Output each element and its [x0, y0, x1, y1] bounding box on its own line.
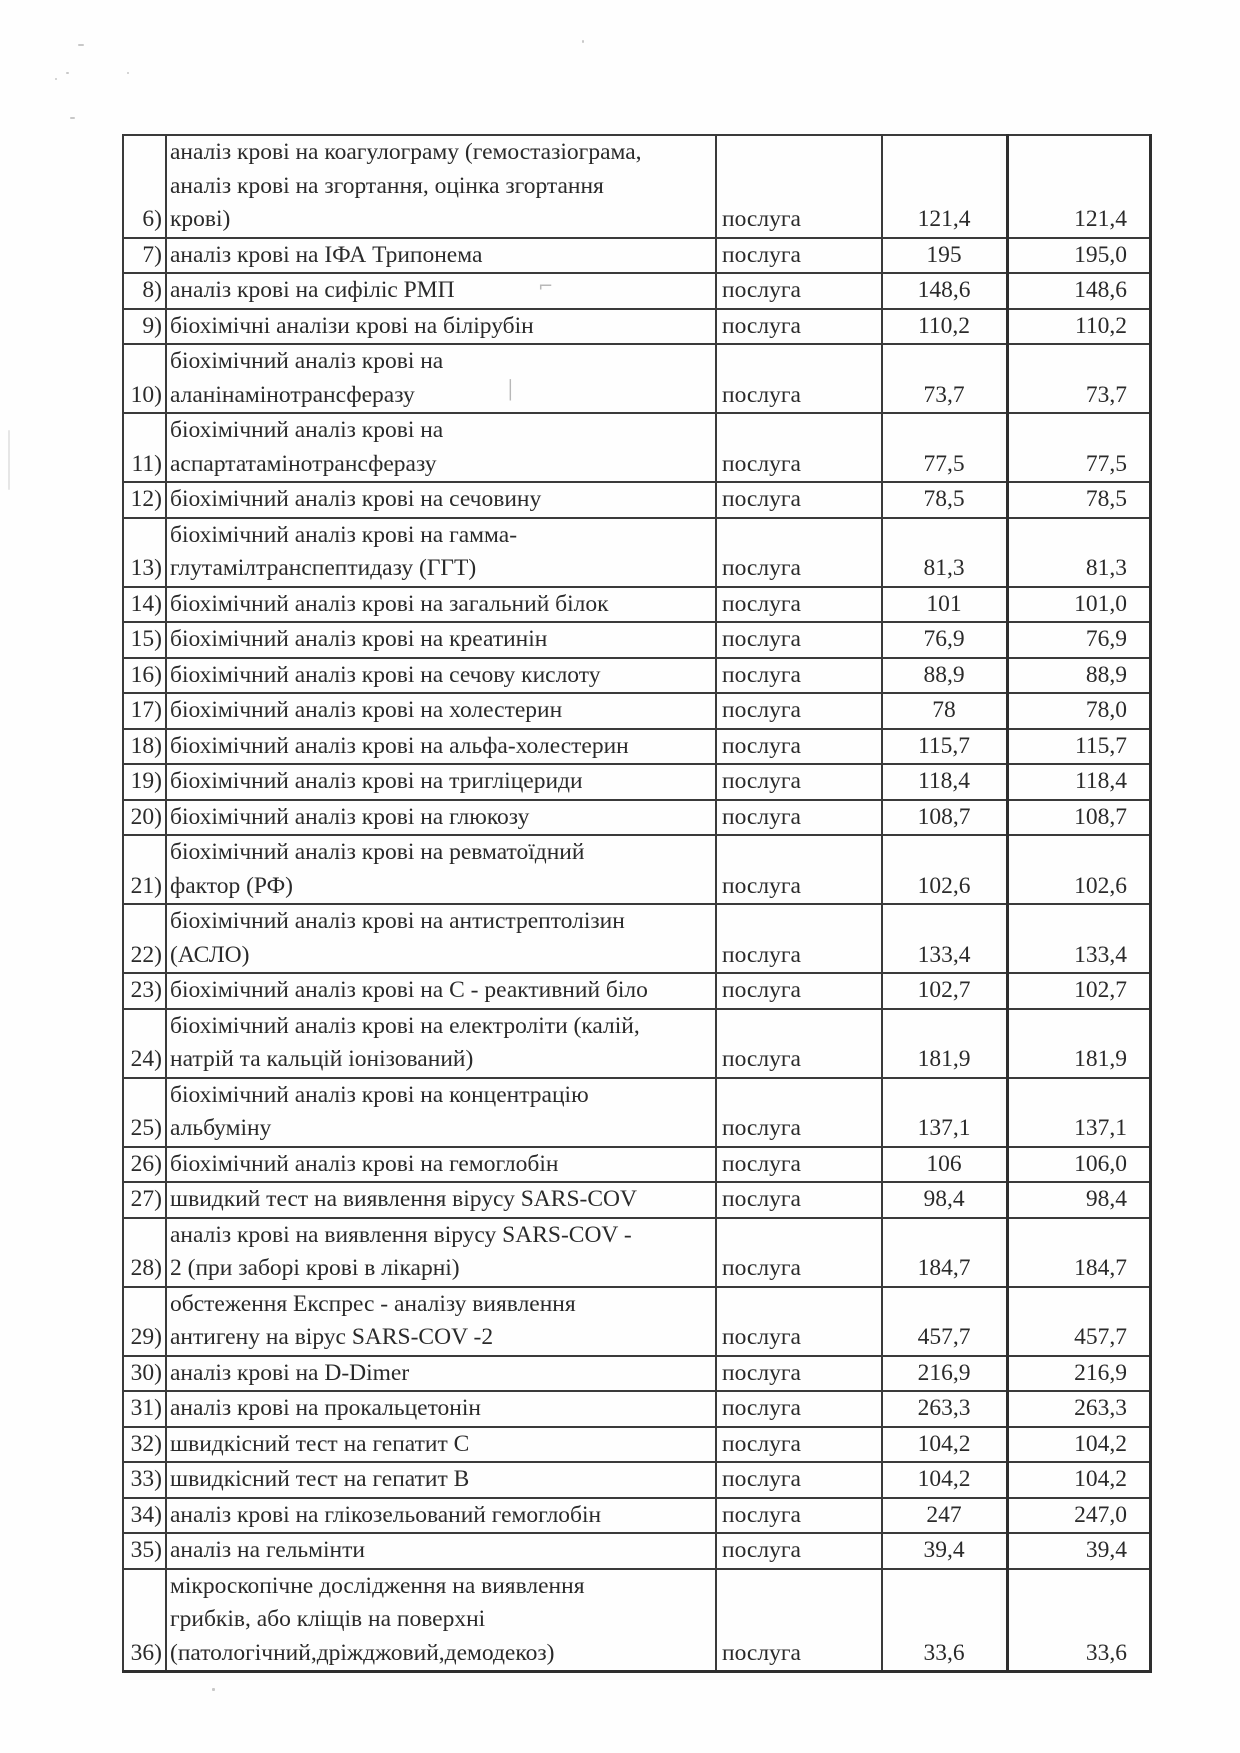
unit-price: 457,7 — [882, 1287, 1008, 1356]
unit-of-measure: послуга — [716, 1147, 882, 1183]
total-price: 104,2 — [1008, 1462, 1151, 1498]
scan-speck — [127, 72, 129, 74]
total-price: 101,0 — [1008, 587, 1151, 623]
unit-price: 263,3 — [882, 1391, 1008, 1427]
service-name: біохімічний аналіз крові на аланінамінот… — [166, 344, 716, 413]
row-number: 12) — [123, 482, 166, 518]
row-number: 33) — [123, 1462, 166, 1498]
row-number: 17) — [123, 693, 166, 729]
total-price: 81,3 — [1008, 518, 1151, 587]
table-row: 34) аналіз крові на глікозельований гемо… — [123, 1498, 1151, 1534]
total-price: 39,4 — [1008, 1533, 1151, 1569]
row-number: 34) — [123, 1498, 166, 1534]
unit-price: 39,4 — [882, 1533, 1008, 1569]
scan-speck — [66, 72, 69, 74]
unit-price: 76,9 — [882, 622, 1008, 658]
unit-of-measure: послуга — [716, 1462, 882, 1498]
unit-price: 104,2 — [882, 1427, 1008, 1463]
total-price: 263,3 — [1008, 1391, 1151, 1427]
table-row: 10) біохімічний аналіз крові на аланінам… — [123, 344, 1151, 413]
unit-price: 106 — [882, 1147, 1008, 1183]
pen-tick-mark: │ — [505, 380, 516, 401]
total-price: 195,0 — [1008, 238, 1151, 274]
service-name: швидкий тест на виявлення вірусу SARS-CO… — [166, 1182, 716, 1218]
table-row: 14) біохімічний аналіз крові на загальни… — [123, 587, 1151, 623]
row-number: 29) — [123, 1287, 166, 1356]
unit-of-measure: послуга — [716, 1391, 882, 1427]
service-name: аналіз крові на ІФА Трипонема — [166, 238, 716, 274]
total-price: 121,4 — [1008, 135, 1151, 238]
unit-price: 137,1 — [882, 1078, 1008, 1147]
row-number: 18) — [123, 729, 166, 765]
unit-of-measure: послуга — [716, 309, 882, 345]
service-name: біохімічний аналіз крові на електроліти … — [166, 1009, 716, 1078]
service-name: аналіз крові на D-Dimer — [166, 1356, 716, 1392]
table-row: 9) біохімічні аналізи крові на білірубін… — [123, 309, 1151, 345]
total-price: 88,9 — [1008, 658, 1151, 694]
unit-of-measure: послуга — [716, 693, 882, 729]
row-number: 8) — [123, 273, 166, 309]
unit-of-measure: послуга — [716, 1182, 882, 1218]
service-name: біохімічний аналіз крові на загальний бі… — [166, 587, 716, 623]
scanned-page: 6) аналіз крові на коагулограму (гемоста… — [0, 0, 1240, 1753]
service-name: обстеження Експрес - аналізу виявлення а… — [166, 1287, 716, 1356]
table-row: 32) швидкісний тест на гепатит С послуга… — [123, 1427, 1151, 1463]
total-price: 102,6 — [1008, 835, 1151, 904]
row-number: 35) — [123, 1533, 166, 1569]
unit-of-measure: послуга — [716, 1009, 882, 1078]
unit-of-measure: послуга — [716, 973, 882, 1009]
row-number: 19) — [123, 764, 166, 800]
service-name: біохімічний аналіз крові на глюкозу — [166, 800, 716, 836]
unit-of-measure: послуга — [716, 658, 882, 694]
service-name: біохімічний аналіз крові на альфа-холест… — [166, 729, 716, 765]
row-number: 7) — [123, 238, 166, 274]
total-price: 118,4 — [1008, 764, 1151, 800]
row-number: 9) — [123, 309, 166, 345]
unit-price: 148,6 — [882, 273, 1008, 309]
table-row: 11) біохімічний аналіз крові на аспартат… — [123, 413, 1151, 482]
table-row: 24) біохімічний аналіз крові на електрол… — [123, 1009, 1151, 1078]
service-name: аналіз крові на коагулограму (гемостазіо… — [166, 135, 716, 238]
service-name: аналіз крові на прокальцетонін — [166, 1391, 716, 1427]
service-name: біохімічний аналіз крові на С - реактивн… — [166, 973, 716, 1009]
unit-of-measure: послуга — [716, 1218, 882, 1287]
unit-price: 184,7 — [882, 1218, 1008, 1287]
unit-of-measure: послуга — [716, 1498, 882, 1534]
unit-of-measure: послуга — [716, 764, 882, 800]
table-row: 35) аналіз на гельмінти послуга 39,4 39,… — [123, 1533, 1151, 1569]
total-price: 77,5 — [1008, 413, 1151, 482]
row-number: 21) — [123, 835, 166, 904]
table-row: 31) аналіз крові на прокальцетонін послу… — [123, 1391, 1151, 1427]
total-price: 110,2 — [1008, 309, 1151, 345]
row-number: 10) — [123, 344, 166, 413]
unit-price: 121,4 — [882, 135, 1008, 238]
unit-price: 77,5 — [882, 413, 1008, 482]
total-price: 33,6 — [1008, 1569, 1151, 1672]
unit-of-measure: послуга — [716, 904, 882, 973]
total-price: 148,6 — [1008, 273, 1151, 309]
row-number: 15) — [123, 622, 166, 658]
table-row: 17) біохімічний аналіз крові на холестер… — [123, 693, 1151, 729]
row-number: 22) — [123, 904, 166, 973]
unit-of-measure: послуга — [716, 835, 882, 904]
row-number: 6) — [123, 135, 166, 238]
scan-speck — [582, 40, 584, 43]
unit-price: 78,5 — [882, 482, 1008, 518]
row-number: 20) — [123, 800, 166, 836]
unit-of-measure: послуга — [716, 135, 882, 238]
total-price: 73,7 — [1008, 344, 1151, 413]
table-row: 30) аналіз крові на D-Dimer послуга 216,… — [123, 1356, 1151, 1392]
unit-price: 118,4 — [882, 764, 1008, 800]
service-name: біохімічний аналіз крові на антистрептол… — [166, 904, 716, 973]
row-number: 30) — [123, 1356, 166, 1392]
unit-of-measure: послуга — [716, 1356, 882, 1392]
row-number: 28) — [123, 1218, 166, 1287]
row-number: 27) — [123, 1182, 166, 1218]
service-name: швидкісний тест на гепатит В — [166, 1462, 716, 1498]
row-number: 16) — [123, 658, 166, 694]
unit-of-measure: послуга — [716, 344, 882, 413]
unit-price: 102,6 — [882, 835, 1008, 904]
service-name: біохімічний аналіз крові на сечовину — [166, 482, 716, 518]
scan-speck — [70, 117, 75, 119]
table-row: 22) біохімічний аналіз крові на антистре… — [123, 904, 1151, 973]
row-number: 23) — [123, 973, 166, 1009]
table-row: 8) аналіз крові на сифіліс РМП послуга 1… — [123, 273, 1151, 309]
service-name: швидкісний тест на гепатит С — [166, 1427, 716, 1463]
service-name: мікроскопічне дослідження на виявлення г… — [166, 1569, 716, 1672]
unit-of-measure: послуга — [716, 1427, 882, 1463]
unit-price: 181,9 — [882, 1009, 1008, 1078]
unit-of-measure: послуга — [716, 1569, 882, 1672]
table-row: 33) швидкісний тест на гепатит В послуга… — [123, 1462, 1151, 1498]
service-name: біохімічний аналіз крові на сечову кисло… — [166, 658, 716, 694]
unit-price: 101 — [882, 587, 1008, 623]
unit-of-measure: послуга — [716, 622, 882, 658]
total-price: 181,9 — [1008, 1009, 1151, 1078]
scan-speck — [78, 44, 84, 46]
unit-of-measure: послуга — [716, 587, 882, 623]
row-number: 26) — [123, 1147, 166, 1183]
total-price: 115,7 — [1008, 729, 1151, 765]
service-name: біохімічний аналіз крові на гамма- глута… — [166, 518, 716, 587]
service-name: біохімічний аналіз крові на гемоглобін — [166, 1147, 716, 1183]
service-name: аналіз крові на сифіліс РМП — [166, 273, 716, 309]
table-row: 12) біохімічний аналіз крові на сечовину… — [123, 482, 1151, 518]
service-name: біохімічний аналіз крові на аспартатамін… — [166, 413, 716, 482]
unit-of-measure: послуга — [716, 1533, 882, 1569]
row-number: 24) — [123, 1009, 166, 1078]
total-price: 137,1 — [1008, 1078, 1151, 1147]
table-row: 18) біохімічний аналіз крові на альфа-хо… — [123, 729, 1151, 765]
service-name: біохімічний аналіз крові на ревматоїдний… — [166, 835, 716, 904]
unit-of-measure: послуга — [716, 482, 882, 518]
pen-tick-mark: ⌐ — [538, 276, 553, 297]
table-row: 21) біохімічний аналіз крові на ревматої… — [123, 835, 1151, 904]
table-row: 36) мікроскопічне дослідження на виявлен… — [123, 1569, 1151, 1672]
row-number: 13) — [123, 518, 166, 587]
total-price: 104,2 — [1008, 1427, 1151, 1463]
service-name: біохімічний аналіз крові на концентрацію… — [166, 1078, 716, 1147]
total-price: 106,0 — [1008, 1147, 1151, 1183]
row-number: 32) — [123, 1427, 166, 1463]
unit-of-measure: послуга — [716, 729, 882, 765]
total-price: 216,9 — [1008, 1356, 1151, 1392]
table-row: 25) біохімічний аналіз крові на концентр… — [123, 1078, 1151, 1147]
unit-price: 108,7 — [882, 800, 1008, 836]
table-row: 20) біохімічний аналіз крові на глюкозу … — [123, 800, 1151, 836]
unit-of-measure: послуга — [716, 238, 882, 274]
unit-of-measure: послуга — [716, 1287, 882, 1356]
service-name: біохімічний аналіз крові на креатинін — [166, 622, 716, 658]
unit-of-measure: послуга — [716, 518, 882, 587]
total-price: 98,4 — [1008, 1182, 1151, 1218]
table-row: 29) обстеження Експрес - аналізу виявлен… — [123, 1287, 1151, 1356]
service-name: біохімічні аналізи крові на білірубін — [166, 309, 716, 345]
total-price: 78,5 — [1008, 482, 1151, 518]
scan-speck — [55, 78, 57, 80]
table-row: 27) швидкий тест на виявлення вірусу SAR… — [123, 1182, 1151, 1218]
table-row: 23) біохімічний аналіз крові на С - реак… — [123, 973, 1151, 1009]
scan-speck — [212, 1688, 215, 1691]
unit-of-measure: послуга — [716, 800, 882, 836]
table-row: 19) біохімічний аналіз крові на тригліце… — [123, 764, 1151, 800]
service-name: аналіз крові на виявлення вірусу SARS-CO… — [166, 1218, 716, 1287]
scan-speck — [8, 430, 10, 490]
table-row: 28) аналіз крові на виявлення вірусу SAR… — [123, 1218, 1151, 1287]
table-row: 26) біохімічний аналіз крові на гемоглоб… — [123, 1147, 1151, 1183]
row-number: 36) — [123, 1569, 166, 1672]
total-price: 102,7 — [1008, 973, 1151, 1009]
total-price: 76,9 — [1008, 622, 1151, 658]
unit-price: 247 — [882, 1498, 1008, 1534]
table-row: 15) біохімічний аналіз крові на креатині… — [123, 622, 1151, 658]
unit-price: 33,6 — [882, 1569, 1008, 1672]
unit-price: 73,7 — [882, 344, 1008, 413]
service-name: біохімічний аналіз крові на холестерин — [166, 693, 716, 729]
service-name: біохімічний аналіз крові на тригліцериди — [166, 764, 716, 800]
total-price: 457,7 — [1008, 1287, 1151, 1356]
total-price: 78,0 — [1008, 693, 1151, 729]
total-price: 133,4 — [1008, 904, 1151, 973]
total-price: 108,7 — [1008, 800, 1151, 836]
unit-price: 115,7 — [882, 729, 1008, 765]
table-row: 6) аналіз крові на коагулограму (гемоста… — [123, 135, 1151, 238]
row-number: 25) — [123, 1078, 166, 1147]
row-number: 14) — [123, 587, 166, 623]
lab-services-price-table: 6) аналіз крові на коагулограму (гемоста… — [122, 134, 1152, 1673]
unit-price: 133,4 — [882, 904, 1008, 973]
unit-price: 78 — [882, 693, 1008, 729]
unit-price: 216,9 — [882, 1356, 1008, 1392]
row-number: 11) — [123, 413, 166, 482]
unit-price: 102,7 — [882, 973, 1008, 1009]
row-number: 31) — [123, 1391, 166, 1427]
service-name: аналіз крові на глікозельований гемоглоб… — [166, 1498, 716, 1534]
table-row: 16) біохімічний аналіз крові на сечову к… — [123, 658, 1151, 694]
total-price: 247,0 — [1008, 1498, 1151, 1534]
unit-price: 88,9 — [882, 658, 1008, 694]
total-price: 184,7 — [1008, 1218, 1151, 1287]
unit-price: 104,2 — [882, 1462, 1008, 1498]
table-row: 7) аналіз крові на ІФА Трипонема послуга… — [123, 238, 1151, 274]
service-name: аналіз на гельмінти — [166, 1533, 716, 1569]
unit-price: 81,3 — [882, 518, 1008, 587]
unit-of-measure: послуга — [716, 413, 882, 482]
unit-price: 110,2 — [882, 309, 1008, 345]
unit-of-measure: послуга — [716, 1078, 882, 1147]
table-row: 13) біохімічний аналіз крові на гамма- г… — [123, 518, 1151, 587]
unit-price: 195 — [882, 238, 1008, 274]
unit-price: 98,4 — [882, 1182, 1008, 1218]
unit-of-measure: послуга — [716, 273, 882, 309]
